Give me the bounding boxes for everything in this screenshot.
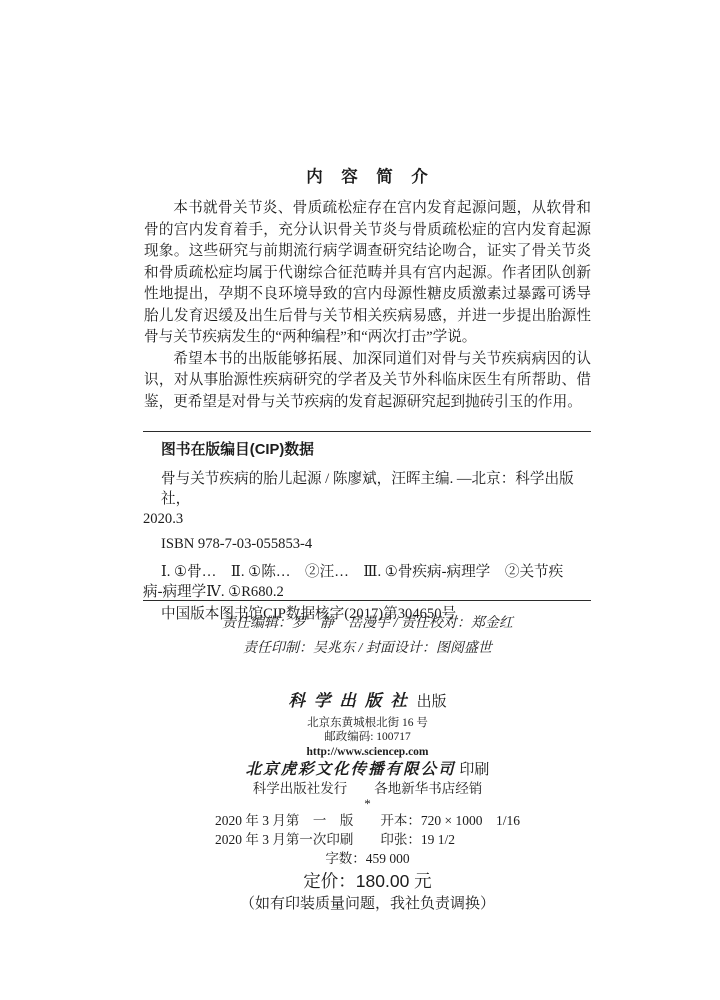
edition-lines: 2020 年 3 月第 一 版 开本：720 × 1000 1/16 2020 … <box>215 812 520 849</box>
publisher-website: http://www.sciencep.com <box>144 745 591 760</box>
publisher-address: 北京东黄城根北街 16 号 <box>144 716 591 730</box>
quality-notice: （如有印装质量问题，我社负责调换） <box>144 894 591 915</box>
price-line: 定价：180.00 元 <box>144 870 591 892</box>
divider-asterisk: * <box>144 797 591 810</box>
publisher-postcode: 邮政编码: 100717 <box>144 730 591 745</box>
staff-credits: 责任编辑：罗 静 岳漫宇 / 责任校对：郑金红 责任印制：吴兆东 / 封面设计：… <box>144 611 591 661</box>
staff-line-2: 责任印制：吴兆东 / 封面设计：图阅盛世 <box>144 636 591 661</box>
publisher-suffix: 出版 <box>417 694 447 710</box>
intro-paragraph-1: 本书就骨关节炎、骨质疏松症存在宫内发育起源问题，从软骨和骨的宫内发育着手，充分认… <box>144 198 591 349</box>
edition-block: 2020 年 3 月第 一 版 开本：720 × 1000 1/16 2020 … <box>144 812 591 849</box>
publisher-name: 科学出版社 <box>288 691 416 710</box>
edition-line-1: 2020 年 3 月第 一 版 开本：720 × 1000 1/16 <box>215 812 520 831</box>
intro-paragraph-2: 希望本书的出版能够拓展、加深同道们对骨与关节疾病病因的认识，对从事胎源性疾病研究… <box>144 349 591 414</box>
intro-title: 内 容 简 介 <box>144 163 591 187</box>
word-count-line: 字数：459 000 <box>144 850 591 868</box>
imprint-section: 科学出版社 出版 北京东黄城根北街 16 号 邮政编码: 100717 http… <box>144 690 591 915</box>
intro-section: 内 容 简 介 本书就骨关节炎、骨质疏松症存在宫内发育起源问题，从软骨和骨的宫内… <box>144 163 591 413</box>
printer-name: 北京虎彩文化传播有限公司 <box>246 761 456 778</box>
publisher-line: 科学出版社 出版 <box>144 690 591 713</box>
cip-class-line-1: Ⅰ. ①骨… Ⅱ. ①陈… ②汪… Ⅲ. ①骨疾病-病理学 ②关节疾 <box>161 562 591 582</box>
cip-class-line-2: 病-病理学Ⅳ. ①R680.2 <box>143 582 591 602</box>
distribution-line: 科学出版社发行 各地新华书店经销 <box>144 780 591 797</box>
printer-suffix: 印刷 <box>459 762 489 778</box>
edition-line-2: 2020 年 3 月第一次印刷 印张：19 1/2 <box>215 831 520 850</box>
cip-header: 图书在版编目(CIP)数据 <box>161 440 591 460</box>
cip-section: 图书在版编目(CIP)数据 骨与关节疾病的胎儿起源 / 陈廖斌，汪晖主编. —北… <box>143 431 591 601</box>
intro-body: 本书就骨关节炎、骨质疏松症存在宫内发育起源问题，从软骨和骨的宫内发育着手，充分认… <box>144 198 591 413</box>
book-copyright-page: 内 容 简 介 本书就骨关节炎、骨质疏松症存在宫内发育起源问题，从软骨和骨的宫内… <box>0 0 720 1000</box>
printer-line: 北京虎彩文化传播有限公司 印刷 <box>144 760 591 780</box>
cip-title-line: 骨与关节疾病的胎儿起源 / 陈廖斌，汪晖主编. —北京：科学出版社， <box>161 469 591 509</box>
cip-isbn-line: ISBN 978-7-03-055853-4 <box>161 534 591 554</box>
cip-year-line: 2020.3 <box>143 509 591 529</box>
staff-line-1: 责任编辑：罗 静 岳漫宇 / 责任校对：郑金红 <box>144 611 591 636</box>
